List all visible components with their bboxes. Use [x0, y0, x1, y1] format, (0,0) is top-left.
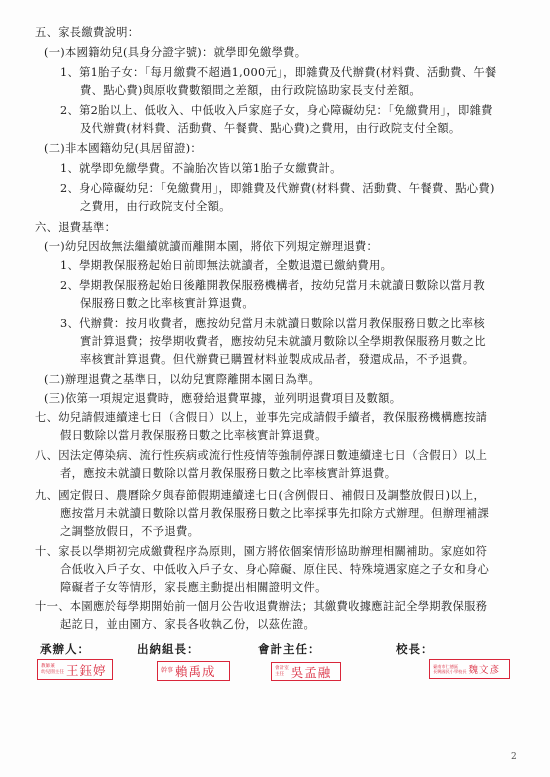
stamp-accounting-name: 吳孟融	[291, 663, 332, 681]
section-6-sub1-item3-line3: 率核實計算退費。但代辦費已購置材料並製成成品者，發還成品，不予退費。	[80, 353, 474, 367]
stamp-cashier-title: 幹事	[161, 668, 173, 673]
signature-label-handler: 承辦人：	[40, 641, 90, 657]
stamp-handler: 教師兼 幼兒園主任 王鈺婷	[37, 659, 113, 680]
stamp-handler-title-line2: 幼兒園主任	[41, 670, 64, 675]
section-10-line3: 障礙者子女等情形，家長應主動提出相關證明文件。	[60, 581, 327, 595]
section-6-sub2: (二)辦理退費之基準日，以幼兒實際離開本園日為準。	[44, 373, 320, 387]
stamp-principal: 臺南市仁德區 長興國民小學校長 魏文彥	[429, 659, 510, 679]
section-6-sub1-item3-line1: 3、代辦費：按月收費者，應按幼兒當月未就讀日數除以當月教保服務日數之比率核	[60, 317, 485, 331]
section-5-sub2-item2-line2: 之費用，由行政院支付全額。	[80, 200, 231, 214]
stamp-accounting-title: 會計室 主任	[275, 666, 289, 677]
section-5-sub1-item2-line2: 及代辦費(材料費、活動費、午餐費、點心費)之費用，由行政院支付全額。	[80, 122, 461, 136]
section-6-sub1-item1: 1、學期教保服務起始日前即無法就讀者，全數退還已繳納費用。	[60, 259, 392, 273]
section-5-sub1-item1-line1: 1、第1胎子女：「每月繳費不超過1,000元」，即雜費及代辦費(材料費、活動費、…	[60, 66, 497, 80]
section-5-sub2-item1: 1、就學即免繳學費。不論胎次皆以第1胎子女繳費計。	[60, 162, 342, 176]
section-11-line2: 起訖日，並由園方、家長各收執乙份，以茲佐證。	[60, 618, 315, 632]
section-5-heading: 五、家長繳費說明：	[35, 26, 139, 40]
section-10-line1: 十、家長以學期初完成繳費程序為原則，園方將依個案情形協助辦理相關補助。家庭如符	[35, 545, 487, 559]
section-6-heading: 六、退費基準：	[35, 221, 116, 235]
stamp-principal-title-line2: 長興國民小學校長	[433, 669, 467, 674]
section-5-sub1-heading: (一)本國籍幼兒(具身分證字號)：就學即免繳學費。	[44, 46, 306, 60]
stamp-principal-name: 魏文彥	[469, 662, 501, 676]
signature-label-principal: 校長：	[396, 641, 434, 657]
document-page: 五、家長繳費說明： (一)本國籍幼兒(具身分證字號)：就學即免繳學費。 1、第1…	[0, 0, 550, 777]
stamp-cashier: 幹事 賴禹成	[157, 661, 230, 681]
stamp-cashier-name: 賴禹成	[175, 662, 216, 680]
stamp-accounting-title-line2: 主任	[275, 672, 289, 677]
section-6-sub3: (三)依第一項規定退費時，應發給退費單據，並列明退費項目及數額。	[44, 392, 401, 406]
signature-label-accounting: 會計主任：	[258, 641, 321, 657]
stamp-accounting: 會計室 主任 吳孟融	[271, 662, 341, 681]
stamp-principal-title: 臺南市仁德區 長興國民小學校長	[433, 664, 467, 675]
section-5-sub2-item2-line1: 2、身心障礙幼兒：「免繳費用」，即雜費及代辦費(材料費、活動費、午餐費、點心費)	[60, 182, 495, 196]
section-6-sub1-item2-line2: 保服務日數之比率核實計算退費。	[80, 297, 254, 311]
section-5-sub1-item1-line2: 費、點心費)與原收費數額間之差額，由行政院協助家長支付差額。	[80, 84, 421, 98]
stamp-handler-title: 教師兼 幼兒園主任	[41, 664, 64, 675]
section-6-sub1-item3-line2: 實計算退費；按學期收費者，應按幼兒未就讀月數除以全學期教保服務月數之比	[80, 335, 486, 349]
section-5-sub1-item2-line1: 2、第2胎以上、低收入、中低收入戶家庭子女，身心障礙幼兒：「免繳費用」，即雜費	[60, 104, 493, 118]
section-9-line2: 應按當月未就讀日數除以當月教保服務日數之比率採事先扣除方式辦理。但辦理補課	[60, 507, 489, 521]
section-5-sub2-heading: (二)非本國籍幼兒(具居留證)：	[44, 142, 202, 156]
section-8-line1: 八、因法定傳染病、流行性疾病或流行性疫情等強制停課日數連續達七日（含假日）以上	[35, 449, 487, 463]
stamp-cashier-title-line1: 幹事	[161, 668, 173, 673]
section-9-line1: 九、國定假日、農曆除夕與春節假期連續達七日(含例假日、補假日及調整放假日)以上，	[35, 489, 485, 503]
section-6-sub1-heading: (一)幼兒因故無法繼續就讀而離開本園，將依下列規定辦理退費：	[44, 240, 378, 254]
section-7-line1: 七、幼兒請假連續達七日（含假日）以上，並事先完成請假手續者，教保服務機構應按請	[35, 411, 487, 425]
section-8-line2: 者，應按未就讀日數除以當月教保服務日數之比率核實計算退費。	[60, 467, 396, 481]
section-7-line2: 假日數除以當月教保服務日數之比率核實計算退費。	[60, 429, 327, 443]
section-11-line1: 十一、本園應於每學期開始前一個月公告收退費辦法；其繳費收據應註記全學期教保服務	[35, 600, 487, 614]
page-number: 2	[511, 752, 517, 762]
section-6-sub1-item2-line1: 2、學期教保服務起始日後離開教保服務機構者，按幼兒當月未就讀日數除以當月教	[60, 279, 485, 293]
section-10-line2: 合低收入戶子女、中低收入戶子女、身心障礙、原住民、特殊境遇家庭之子女和身心	[60, 563, 489, 577]
stamp-handler-name: 王鈺婷	[66, 661, 107, 679]
signature-label-cashier: 出納組長：	[137, 641, 200, 657]
section-9-line3: 之調整放假日，不予退費。	[60, 525, 199, 539]
